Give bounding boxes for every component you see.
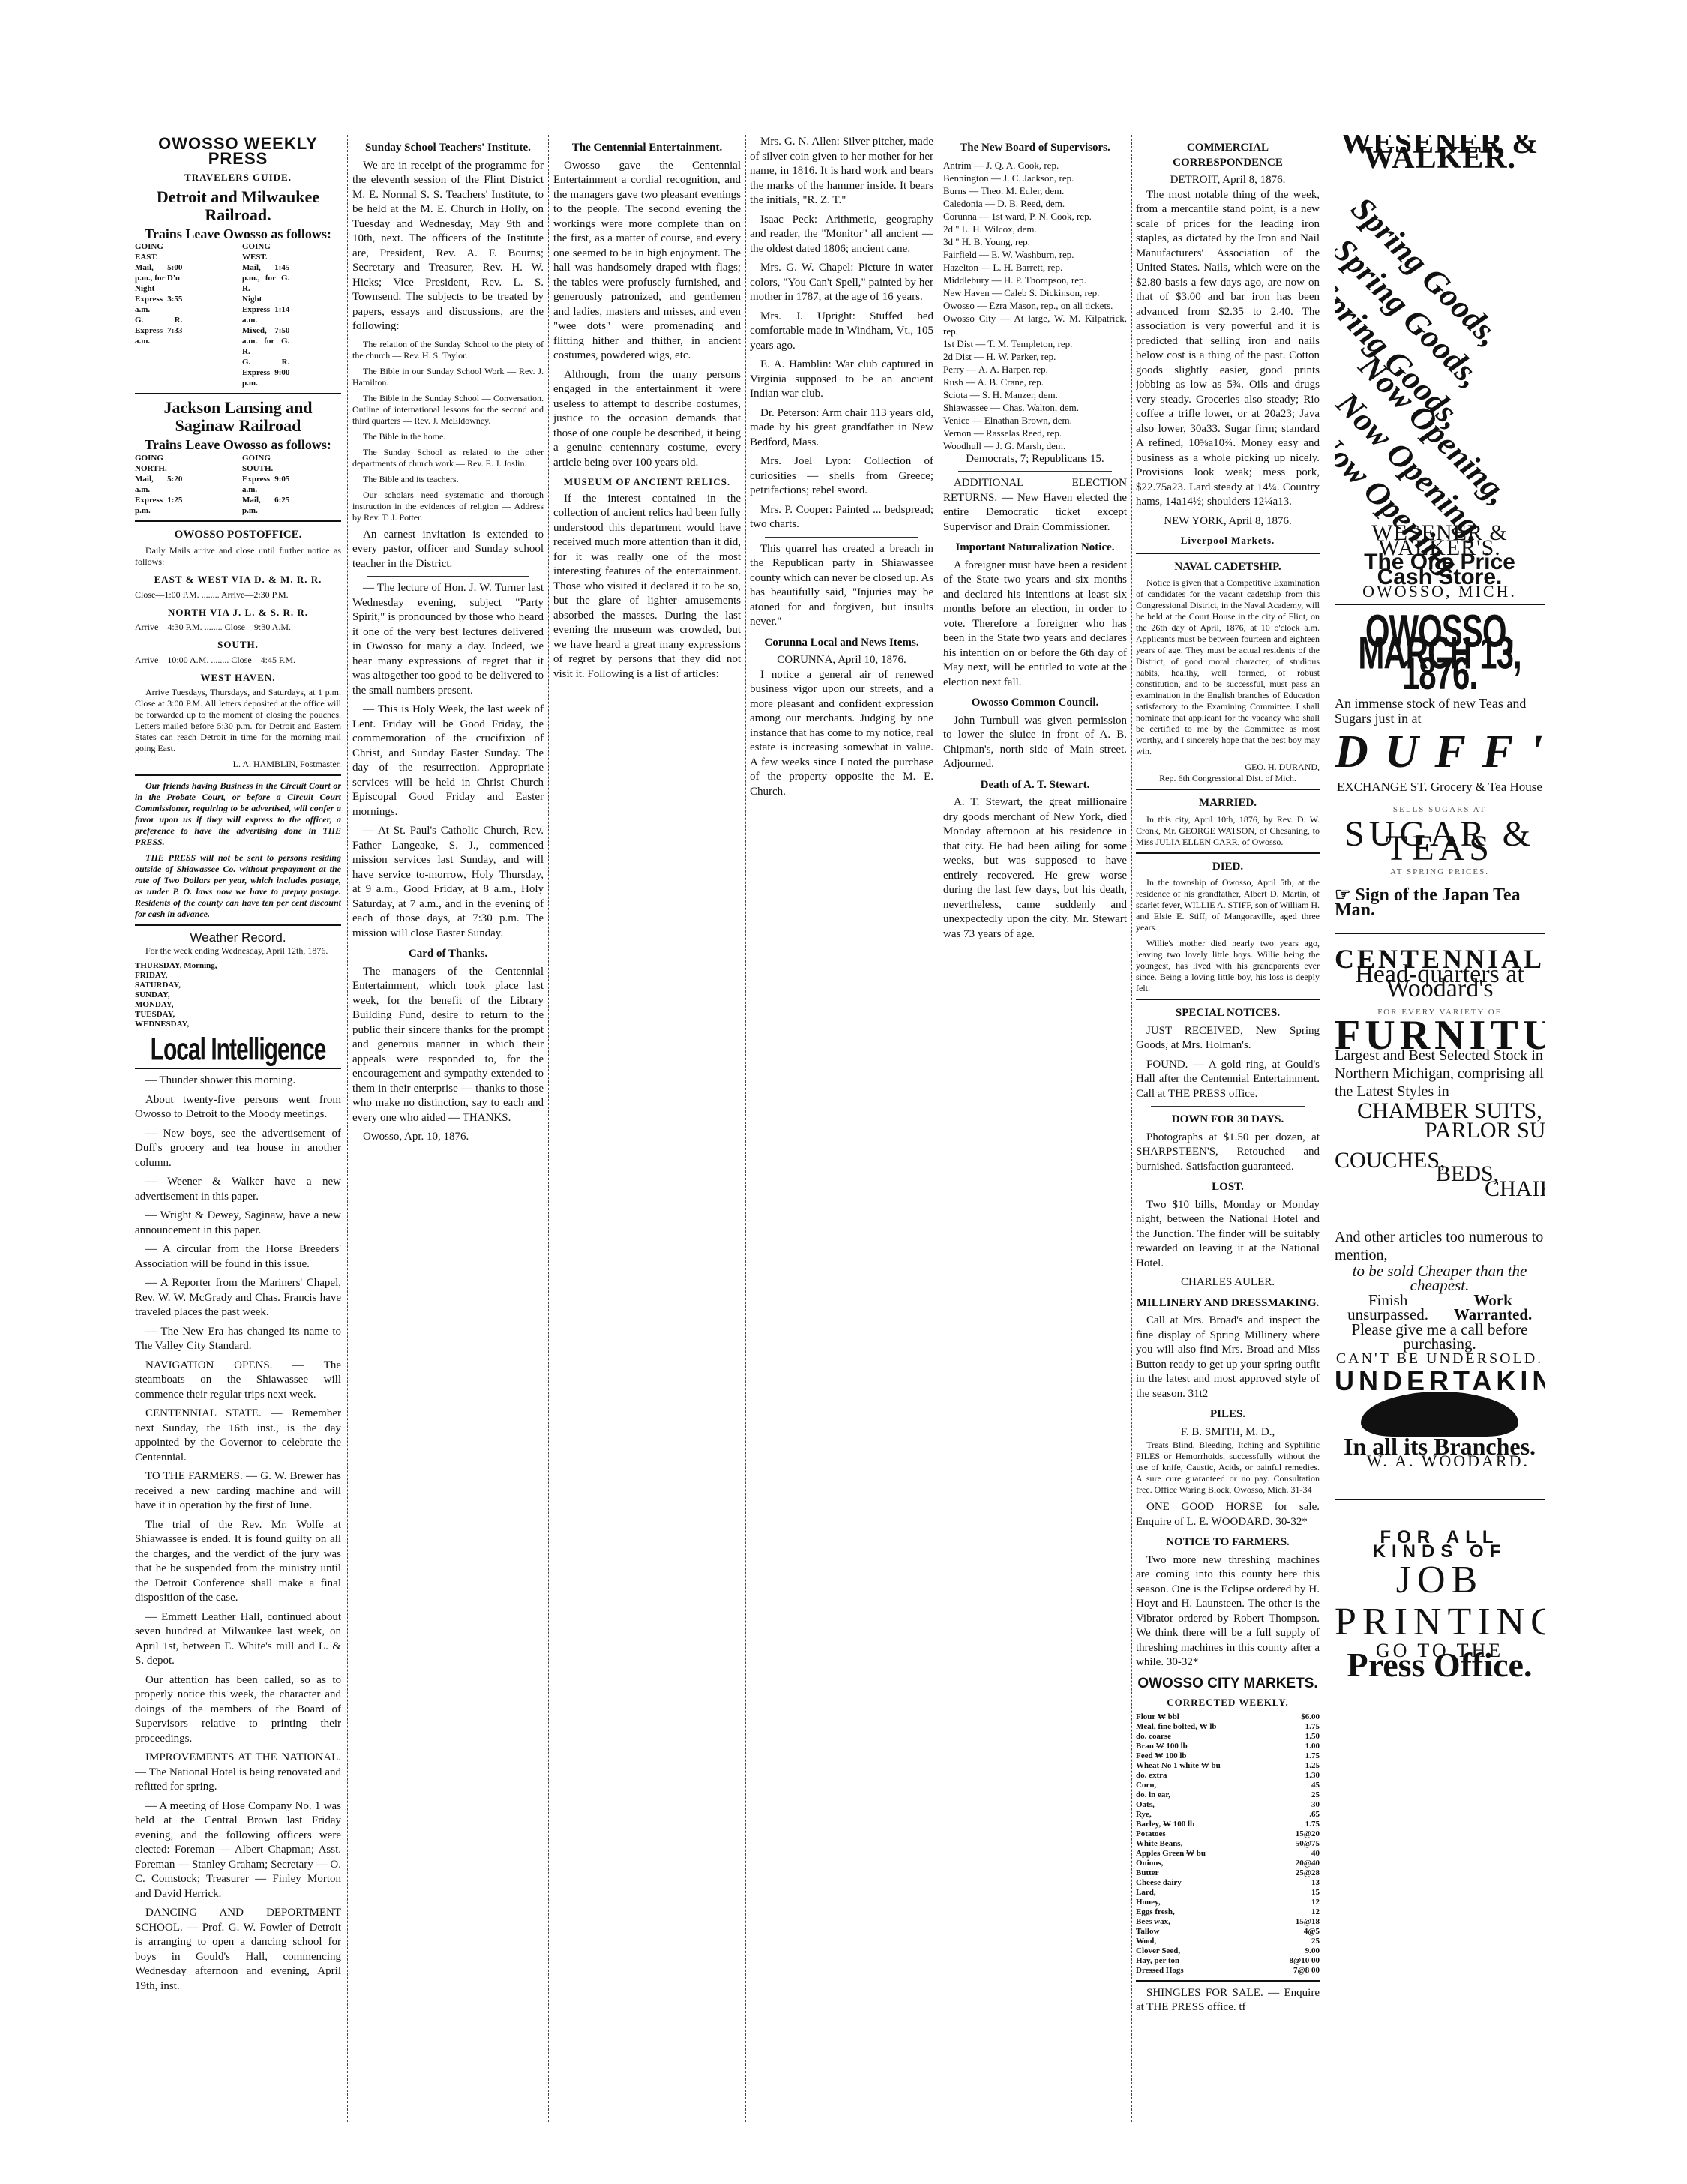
special-notice: FOUND. — A gold ring, at Gould's Hall af… (1136, 1058, 1320, 1102)
job-printing-title: JOB PRINTING (1335, 1559, 1545, 1643)
commercial-dateline: DETROIT, April 8, 1876. (1136, 173, 1320, 188)
newspaper-page: OWOSSO WEEKLY PRESS TRAVELERS GUIDE. Det… (135, 135, 1545, 2122)
centennial-title: The Centennial Entertainment. (553, 141, 741, 156)
farmers-title: NOTICE TO FARMERS. (1136, 1535, 1320, 1550)
local-item: — Emmett Leather Hall, continued about s… (135, 1610, 341, 1669)
postoffice-section-line: Arrive—4:30 P.M. ........ Close—9:30 A.M… (135, 622, 341, 633)
headquarters-woodards: Head-quarters at Woodard's (1335, 967, 1545, 996)
local-item: — A circular from the Horse Breeders' As… (135, 1242, 341, 1272)
sugar-teas-title: SUGAR & TEAS (1335, 827, 1545, 856)
corunna-dateline: CORUNNA, April 10, 1876. (750, 653, 933, 668)
died-title: DIED. (1136, 860, 1320, 875)
market-row: do. extra1.30 (1136, 1771, 1320, 1781)
column-1: OWOSSO WEEKLY PRESS TRAVELERS GUIDE. Det… (135, 135, 341, 2122)
board-member: Perry — A. A. Harper, rep. (943, 363, 1127, 376)
railroad-1-timetable: GOING EAST. Mail, 5:00 p.m., for D'n Nig… (135, 241, 341, 388)
market-price: 9.00 (1305, 1946, 1320, 1956)
local-item: About twenty-five persons went from Owos… (135, 1093, 341, 1122)
finish-warranted-row: Finish unsurpassed. Work Warranted. (1335, 1293, 1545, 1323)
weather-day: FRIDAY, (135, 971, 341, 981)
column-6: COMMERCIAL CORRESPONDENCE DETROIT, April… (1136, 135, 1320, 2122)
weather-day: TUESDAY, (135, 1010, 341, 1020)
new-york-dateline: NEW YORK, April 8, 1876. (1136, 514, 1320, 529)
exchange-grocery: EXCHANGE ST. Grocery & Tea House (1335, 780, 1545, 795)
column-rule (1131, 135, 1132, 2122)
board-member: Rush — A. B. Crane, rep. (943, 376, 1127, 388)
board-member: Owosso — Ezra Mason, rep., on all ticket… (943, 299, 1127, 312)
market-price: 15 (1311, 1888, 1320, 1898)
local-item: The trial of the Rev. Mr. Wolfe at Shiaw… (135, 1518, 341, 1606)
council-title: Owosso Common Council. (943, 696, 1127, 711)
market-item: Hay, per ton (1136, 1956, 1179, 1966)
postoffice-section-head: SOUTH. (135, 637, 341, 652)
timetable-row: Night Express 1:14 a.m. (242, 294, 289, 325)
market-row: Tallow4@5 (1136, 1927, 1320, 1937)
divider (135, 1068, 341, 1069)
council-body: John Turnbull was given permission to lo… (943, 714, 1127, 772)
market-item: Dressed Hogs (1136, 1966, 1184, 1976)
divider (958, 471, 1112, 472)
market-price: .65 (1309, 1810, 1320, 1820)
weather-title: Weather Record. (135, 930, 341, 945)
column-3: The Centennial Entertainment. Owosso gav… (553, 135, 741, 2122)
postoffice-section-head: EAST & WEST VIA D. & M. R. R. (135, 572, 341, 587)
market-price: 1.50 (1305, 1732, 1320, 1742)
local-item: CENTENNIAL STATE. — Remember next Sunday… (135, 1407, 341, 1465)
board-member: Burns — Theo. M. Euler, dem. (943, 184, 1127, 197)
market-row: Onions,20@40 (1136, 1859, 1320, 1868)
naturalization-title: Important Naturalization Notice. (943, 541, 1127, 556)
market-row: Bees wax,15@18 (1136, 1917, 1320, 1927)
card-of-thanks-title: Card of Thanks. (352, 947, 544, 962)
board-member: Vernon — Rasselas Reed, rep. (943, 427, 1127, 439)
undertaking-title: UNDERTAKING (1335, 1374, 1545, 1389)
weather-day: MONDAY, (135, 1000, 341, 1010)
teas-sugars-text: An immense stock of new Teas and Sugars … (1335, 697, 1545, 726)
board-member: Woodhull — J. G. Marsh, dem. (943, 439, 1127, 452)
market-price: 30 (1311, 1800, 1320, 1810)
local-items: — Thunder shower this morning. About twe… (135, 1074, 341, 1994)
local-item: — A meeting of Hose Company No. 1 was he… (135, 1799, 341, 1902)
photographs-body: Photographs at $1.50 per dozen, at SHARP… (1136, 1131, 1320, 1175)
divider (765, 537, 918, 538)
market-row: Wool,25 (1136, 1937, 1320, 1946)
relic-item: Mrs. Joel Lyon: Collection of curiositie… (750, 454, 933, 499)
board-member: Middlebury — H. P. Thompson, rep. (943, 274, 1127, 286)
market-row: do. coarse1.50 (1136, 1732, 1320, 1742)
millinery-title: MILLINERY AND DRESSMAKING. (1136, 1296, 1320, 1311)
commercial-title: COMMERCIAL CORRESPONDENCE (1136, 141, 1320, 170)
cheaper-text: to be sold Cheaper than the cheapest. (1335, 1264, 1545, 1293)
column-4: Mrs. G. N. Allen: Silver pitcher, made o… (750, 135, 933, 2122)
board-member: Sciota — S. H. Manzer, dem. (943, 388, 1127, 401)
horse-for-sale: ONE GOOD HORSE for sale. Enquire of L. E… (1136, 1500, 1320, 1529)
market-price: 7@8 00 (1293, 1966, 1320, 1976)
corunna-title: Corunna Local and News Items. (750, 636, 933, 651)
market-item: Wool, (1136, 1937, 1156, 1946)
market-item: Eggs fresh, (1136, 1907, 1175, 1917)
other-articles: And other articles too numerous to menti… (1335, 1228, 1545, 1264)
married-title: MARRIED. (1136, 796, 1320, 811)
market-row: Apples Green ₩ bu40 (1136, 1849, 1320, 1859)
postoffice-section-line: Close—1:00 P.M. ........ Arrive—2:30 P.M… (135, 589, 341, 601)
divider (135, 520, 341, 522)
local-intelligence-title: Local Intelligence (135, 1040, 341, 1060)
museum-body: If the interest contained in the collect… (553, 492, 741, 682)
timetable-row: Mail, 5:00 p.m., for D'n (135, 262, 182, 283)
market-item: Lard, (1136, 1888, 1156, 1898)
warranted-text: Work Warranted. (1441, 1293, 1545, 1323)
market-row: Flour ₩ bbl$6.00 (1136, 1712, 1320, 1722)
relic-item: Mrs. P. Cooper: Painted ... bedspread; t… (750, 503, 933, 532)
markets-title: OWOSSO CITY MARKETS. (1136, 1676, 1320, 1691)
centennial-body: Owosso gave the Centennial Entertainment… (553, 159, 741, 364)
centennial-body-2: Although, from the many persons engaged … (553, 368, 741, 471)
japan-tea-man-sign: ☞ Sign of the Japan Tea Man. (1335, 888, 1545, 918)
divider (1136, 1980, 1320, 1982)
market-item: Onions, (1136, 1859, 1163, 1868)
local-item: NAVIGATION OPENS. — The steamboats on th… (135, 1359, 341, 1403)
died-body: In the township of Owosso, April 5th, at… (1136, 877, 1320, 933)
board-member: 1st Dist — T. M. Templeton, rep. (943, 337, 1127, 350)
market-price: 1.25 (1305, 1761, 1320, 1771)
market-price: 1.75 (1305, 1820, 1320, 1829)
postoffice-section-head: WEST HAVEN. (135, 670, 341, 685)
board-member: 2d Dist — H. W. Parker, rep. (943, 350, 1127, 363)
lost-body: Two $10 bills, Monday or Monday night, b… (1136, 1198, 1320, 1272)
museum-title: MUSEUM OF ANCIENT RELICS. (553, 475, 741, 490)
topic-item: The Bible in the home. (352, 431, 544, 442)
column-rule (347, 135, 348, 2122)
board-title: The New Board of Supervisors. (943, 141, 1127, 156)
timetable-row: Express 9:05 a.m. (242, 474, 289, 495)
market-item: Rye, (1136, 1810, 1152, 1820)
market-row: Meal, fine bolted, ₩ lb1.75 (1136, 1722, 1320, 1732)
timetable-row: G. R. Express 7:33 a.m. (135, 315, 182, 346)
casket-illustration-icon (1361, 1392, 1518, 1437)
market-row: Rye,.65 (1136, 1810, 1320, 1820)
divider (1151, 1106, 1305, 1107)
market-item: Oats, (1136, 1800, 1155, 1810)
topic-item: Our scholars need systematic and thoroug… (352, 490, 544, 523)
market-row: Potatoes15@20 (1136, 1829, 1320, 1839)
spring-prices-text: AT SPRING PRICES. (1335, 865, 1545, 880)
market-item: Butter (1136, 1868, 1159, 1878)
postoffice-section-line: Arrive—10:00 A.M. ........ Close—4:45 P.… (135, 655, 341, 666)
politics-item: This quarrel has created a breach in the… (750, 542, 933, 630)
divider (135, 924, 341, 926)
market-price: 1.75 (1305, 1722, 1320, 1732)
board-list: Antrim — J. Q. A. Cook, rep. Bennington … (943, 159, 1127, 452)
sunday-school-body: We are in receipt of the programme for t… (352, 159, 544, 334)
board-member: New Haven — Caleb S. Dickinson, rep. (943, 286, 1127, 299)
market-price: 12 (1311, 1907, 1320, 1917)
for-all-kinds-text: FOR ALL KINDS OF (1335, 1530, 1545, 1559)
sunday-school-title: Sunday School Teachers' Institute. (352, 141, 544, 156)
market-price: 45 (1311, 1781, 1320, 1790)
divider (135, 393, 341, 394)
special-notices-title: SPECIAL NOTICES. (1136, 1006, 1320, 1021)
market-item: do. coarse (1136, 1732, 1171, 1742)
market-item: Tallow (1136, 1927, 1159, 1937)
market-row: Corn,45 (1136, 1781, 1320, 1790)
weather-day: THURSDAY, Morning, (135, 961, 341, 971)
piles-doctor: F. B. SMITH, M. D., (1136, 1425, 1320, 1440)
market-price: 20@40 (1296, 1859, 1320, 1868)
lost-signature: CHARLES AULER. (1136, 1275, 1320, 1290)
column-rule (1329, 135, 1329, 2122)
millinery-body: Call at Mrs. Broad's and inspect the fin… (1136, 1314, 1320, 1401)
divider (367, 576, 529, 577)
stewart-body: A. T. Stewart, the great millionaire dry… (943, 795, 1127, 942)
timetable-row: Night Express 3:55 a.m. (135, 283, 182, 315)
board-member: Fairfield — E. W. Washburn, rep. (943, 248, 1127, 261)
election-returns: ADDITIONAL ELECTION RETURNS. — New Haven… (943, 476, 1127, 535)
postoffice-title: OWOSSO POSTOFFICE. (135, 528, 341, 543)
sunday-school-closing: An earnest invitation is extended to eve… (352, 528, 544, 572)
board-member: Hazelton — L. H. Barrett, rep. (943, 261, 1127, 274)
column-5: The New Board of Supervisors. Antrim — J… (943, 135, 1127, 2122)
naturalization-body: A foreigner must have been a resident of… (943, 559, 1127, 691)
weather-day: WEDNESDAY, (135, 1020, 341, 1029)
divider (1335, 1499, 1545, 1500)
local-item: — Thunder shower this morning. (135, 1074, 341, 1089)
piles-body: Treats Blind, Bleeding, Itching and Syph… (1136, 1440, 1320, 1496)
duffs-title: DUFF'S (1335, 745, 1545, 760)
advertisements-column: WESENER & WALKER. Spring Goods, Spring G… (1335, 135, 1545, 2122)
furniture-item: COUCHES, (1335, 1153, 1446, 1168)
weather-day: SATURDAY, (135, 981, 341, 990)
liverpool-title: Liverpool Markets. (1136, 533, 1320, 548)
railroad-2-timetable: GOING NORTH. Mail, 5:20 a.m. Express 1:2… (135, 453, 341, 516)
card-of-thanks-date: Owosso, Apr. 10, 1876. (352, 1130, 544, 1145)
divider (1136, 852, 1320, 854)
lost-title: LOST. (1136, 1180, 1320, 1195)
market-item: Honey, (1136, 1898, 1161, 1907)
market-item: do. extra (1136, 1771, 1167, 1781)
topic-item: The Bible in the Sunday School — Convers… (352, 393, 544, 427)
naval-signature-title: Rep. 6th Congressional Dist. of Mich. (1136, 773, 1320, 784)
card-of-thanks-body: The managers of the Centennial Entertain… (352, 965, 544, 1126)
postoffice-section-line: Arrive Tuesdays, Thursdays, and Saturday… (135, 687, 341, 754)
topic-item: The Bible and its teachers. (352, 474, 544, 485)
market-row: Cheese dairy13 (1136, 1878, 1320, 1888)
divider (1136, 789, 1320, 790)
local-item: — A Reporter from the Mariners' Chapel, … (135, 1276, 341, 1320)
catholic-mission-item: — At St. Paul's Catholic Church, Rev. Fa… (352, 824, 544, 941)
market-row: do. in ear,25 (1136, 1790, 1320, 1800)
special-notice: JUST RECEIVED, New Spring Goods, at Mrs.… (1136, 1024, 1320, 1053)
market-price: 25 (1311, 1937, 1320, 1946)
relic-item: Dr. Peterson: Arm chair 113 years old, m… (750, 406, 933, 451)
column-2: Sunday School Teachers' Institute. We ar… (352, 135, 544, 2122)
market-row: Honey,12 (1136, 1898, 1320, 1907)
timetable-row: Mail, 1:45 p.m., for G. R. (242, 262, 289, 294)
markets-table: Flour ₩ bbl$6.00Meal, fine bolted, ₩ lb1… (1136, 1712, 1320, 1976)
stewart-title: Death of A. T. Stewart. (943, 778, 1127, 793)
market-item: Barley, ₩ 100 lb (1136, 1820, 1194, 1829)
local-item: — The New Era has changed its name to Th… (135, 1325, 341, 1354)
photographs-title: DOWN FOR 30 DAYS. (1136, 1113, 1320, 1128)
undersold-text: CAN'T BE UNDERSOLD. (1335, 1352, 1545, 1367)
market-item: Flour ₩ bbl (1136, 1712, 1179, 1722)
timetable-row: Mixed, 7:50 a.m. for G. R. (242, 325, 289, 357)
going-south-label: GOING SOUTH. (242, 453, 289, 474)
sunday-school-topics: The relation of the Sunday School to the… (352, 339, 544, 523)
furniture-item: CHAIRS, (1485, 1182, 1545, 1197)
market-item: Bees wax, (1136, 1917, 1170, 1927)
market-price: 1.00 (1305, 1742, 1320, 1751)
market-row: Lard,15 (1136, 1888, 1320, 1898)
furniture-subtitle: Largest and Best Selected Stock in North… (1335, 1047, 1545, 1101)
railroad-1-subtitle: Trains Leave Owosso as follows: (135, 227, 341, 242)
market-row: Bran ₩ 100 lb1.00 (1136, 1742, 1320, 1751)
market-price: 25 (1311, 1790, 1320, 1800)
postoffice-section-head: NORTH VIA J. L. & S. R. R. (135, 605, 341, 620)
furniture-items: CHAMBER SUITS, PARLOR SUITS, COUCHES, BE… (1335, 1101, 1545, 1228)
local-item: IMPROVEMENTS AT THE NATIONAL. — The Nati… (135, 1751, 341, 1795)
travelers-guide-title: TRAVELERS GUIDE. (135, 170, 341, 185)
notice-legal-advertising: Our friends having Business in the Circu… (135, 780, 341, 848)
divider (1335, 933, 1545, 934)
commercial-body: The most notable thing of the week, from… (1136, 188, 1320, 510)
date-banner: OWOSSO, MARCH 13, 1876. (1335, 620, 1545, 684)
market-row: White Beans,50@75 (1136, 1839, 1320, 1849)
weather-days: THURSDAY, Morning, FRIDAY, SATURDAY, SUN… (135, 961, 341, 1029)
market-price: 8@10 00 (1290, 1956, 1320, 1966)
woodard-signature: W. A. WOODARD. (1335, 1454, 1545, 1469)
wesener-walker-title: WESENER & WALKER. (1335, 136, 1545, 166)
local-item: DANCING AND DEPORTMENT SCHOOL. — Prof. G… (135, 1906, 341, 1994)
market-item: White Beans, (1136, 1839, 1182, 1849)
going-north-label: GOING NORTH. (135, 453, 182, 474)
relic-item: Mrs. G. W. Chapel: Picture in water colo… (750, 261, 933, 305)
market-row: Dressed Hogs7@8 00 (1136, 1966, 1320, 1976)
market-item: do. in ear, (1136, 1790, 1170, 1800)
local-item: TO THE FARMERS. — G. W. Brewer has recei… (135, 1469, 341, 1514)
spring-goods-diagonal: Spring Goods, Spring Goods, Spring Goods… (1335, 166, 1545, 526)
market-item: Meal, fine bolted, ₩ lb (1136, 1722, 1217, 1732)
going-east-label: GOING EAST. (135, 241, 182, 262)
press-office-title: Press Office. (1335, 1658, 1545, 1673)
market-row: Clover Seed,9.00 (1136, 1946, 1320, 1956)
divider (135, 774, 341, 776)
corunna-body: I notice a general air of renewed busine… (750, 668, 933, 800)
relic-item: Mrs. G. N. Allen: Silver pitcher, made o… (750, 135, 933, 208)
furniture-title: FURNITURE. (1335, 1029, 1545, 1044)
piles-title: PILES. (1136, 1407, 1320, 1422)
divider (1136, 553, 1320, 554)
married-body: In this city, April 10th, 1876, by Rev. … (1136, 814, 1320, 848)
furniture-item: CHAMBER SUITS, (1357, 1104, 1542, 1119)
naval-body: Notice is given that a Competitive Exami… (1136, 577, 1320, 757)
relic-item: E. A. Hamblin: War club captured in Virg… (750, 358, 933, 402)
board-member: 2d " L. H. Wilcox, dem. (943, 223, 1127, 235)
board-member: Venice — Elnathan Brown, dem. (943, 414, 1127, 427)
postmaster-signature: L. A. HAMBLIN, Postmaster. (135, 759, 341, 770)
timetable-row: Mail, 5:20 a.m. (135, 474, 182, 495)
market-row: Feed ₩ 100 lb1.75 (1136, 1751, 1320, 1761)
board-member: 3d " H. B. Young, rep. (943, 235, 1127, 248)
column-rule (548, 135, 549, 2122)
market-price: 40 (1311, 1849, 1320, 1859)
railroad-2-name: Jackson Lansing and Saginaw Railroad (135, 399, 341, 435)
topic-item: The Bible in our Sunday School Work — Re… (352, 366, 544, 388)
market-price: 1.30 (1305, 1771, 1320, 1781)
market-item: Cheese dairy (1136, 1878, 1182, 1888)
market-row: Oats,30 (1136, 1800, 1320, 1810)
weather-day: SUNDAY, (135, 990, 341, 1000)
lecture-item: — The lecture of Hon. J. W. Turner last … (352, 581, 544, 698)
market-item: Wheat No 1 white ₩ bu (1136, 1761, 1221, 1771)
please-call-text: Please give me a call before purchasing. (1335, 1323, 1545, 1352)
market-price: 4@5 (1304, 1927, 1320, 1937)
market-price: 1.75 (1305, 1751, 1320, 1761)
market-price: $6.00 (1301, 1712, 1320, 1722)
relic-item: Isaac Peck: Arithmetic, geography and re… (750, 213, 933, 257)
topic-item: The Sunday School as related to the othe… (352, 447, 544, 469)
railroad-1-name: Detroit and Milwaukee Railroad. (135, 188, 341, 224)
postoffice-intro: Daily Mails arrive and close until furth… (135, 545, 341, 568)
market-row: Barley, ₩ 100 lb1.75 (1136, 1820, 1320, 1829)
railroad-2-subtitle: Trains Leave Owosso as follows: (135, 438, 341, 453)
market-row: Eggs fresh,12 (1136, 1907, 1320, 1917)
relic-item: Mrs. J. Upright: Stuffed bed comfortable… (750, 310, 933, 354)
notice-subscription: THE PRESS will not be sent to persons re… (135, 852, 341, 920)
market-item: Bran ₩ 100 lb (1136, 1742, 1188, 1751)
shingles-for-sale: SHINGLES FOR SALE. — Enquire at THE PRES… (1136, 1986, 1320, 2015)
naval-signature: GEO. H. DURAND, (1136, 762, 1320, 773)
market-item: Corn, (1136, 1781, 1156, 1790)
board-member: Corunna — 1st ward, P. N. Cook, rep. (943, 210, 1127, 223)
topic-item: The relation of the Sunday School to the… (352, 339, 544, 361)
market-row: Butter25@28 (1136, 1868, 1320, 1878)
market-price: 15@20 (1296, 1829, 1320, 1839)
market-item: Apples Green ₩ bu (1136, 1849, 1206, 1859)
market-price: 50@75 (1296, 1839, 1320, 1849)
timetable-row: Express 1:25 p.m. (135, 495, 182, 516)
divider (1136, 999, 1320, 1000)
furniture-item: PARLOR SUITS, (1425, 1123, 1545, 1138)
local-item: — Wright & Dewey, Saginaw, have a new an… (135, 1209, 341, 1238)
board-member: Caledonia — D. B. Reed, dem. (943, 197, 1127, 210)
column-rule (745, 135, 746, 2122)
board-member: Antrim — J. Q. A. Cook, rep. (943, 159, 1127, 172)
masthead: OWOSSO WEEKLY PRESS (135, 136, 341, 166)
market-item: Feed ₩ 100 lb (1136, 1751, 1187, 1761)
board-total: Democrats, 7; Republicans 15. (943, 452, 1127, 467)
naval-title: NAVAL CADETSHIP. (1136, 560, 1320, 575)
market-item: Clover Seed, (1136, 1946, 1180, 1956)
local-item: — New boys, see the advertisement of Duf… (135, 1127, 341, 1171)
board-member: Shiawassee — Chas. Walton, dem. (943, 401, 1127, 414)
market-row: Hay, per ton8@10 00 (1136, 1956, 1320, 1966)
holy-week-item: — This is Holy Week, the last week of Le… (352, 703, 544, 819)
market-price: 25@28 (1296, 1868, 1320, 1878)
market-price: 15@18 (1296, 1917, 1320, 1927)
weather-subtitle: For the week ending Wednesday, April 12t… (135, 945, 341, 957)
board-member: Bennington — J. C. Jackson, rep. (943, 172, 1127, 184)
markets-subtitle: CORRECTED WEEKLY. (1136, 1695, 1320, 1710)
market-row: Wheat No 1 white ₩ bu1.25 (1136, 1761, 1320, 1771)
local-item: Our attention has been called, so as to … (135, 1673, 341, 1747)
timetable-row: G. R. Express 9:00 p.m. (242, 357, 289, 388)
divider (1335, 604, 1545, 605)
market-price: 12 (1311, 1898, 1320, 1907)
local-item: — Weener & Walker have a new advertiseme… (135, 1175, 341, 1204)
market-item: Potatoes (1136, 1829, 1166, 1839)
store-city: OWOSSO, MICH. (1335, 584, 1545, 599)
